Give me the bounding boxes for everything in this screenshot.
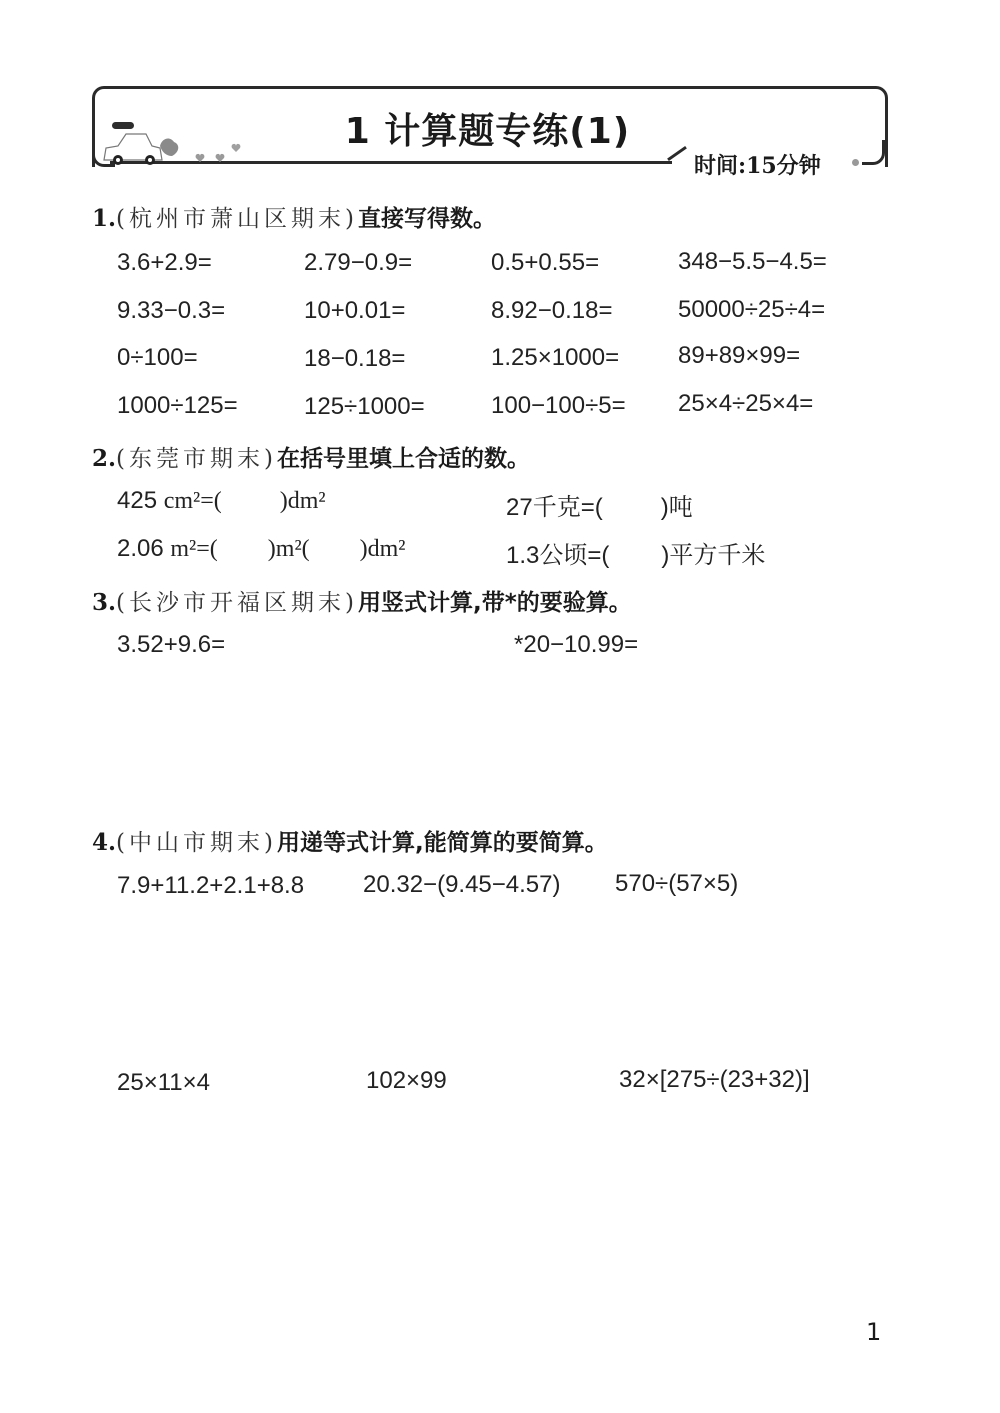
expression: 8.92−0.18= xyxy=(491,297,612,325)
unit: m²=( xyxy=(170,536,217,562)
page-number: 1 xyxy=(866,1318,881,1346)
fill-blank-item: 1.3公顷=()平方千米 xyxy=(506,535,765,570)
unit: )吨 xyxy=(661,494,693,521)
fill-blank-item: 27千克=()吨 xyxy=(506,487,693,522)
value: 1.3公顷=( xyxy=(506,542,609,569)
expression: 570÷(57×5) xyxy=(615,870,738,898)
dot-decoration xyxy=(852,159,859,166)
expression: 1.25×1000= xyxy=(491,344,619,372)
question-number: 3. xyxy=(92,589,116,616)
expression: 9.33−0.3= xyxy=(117,297,225,325)
expression: 25×4÷25×4= xyxy=(678,390,813,418)
expression: 1000÷125= xyxy=(117,392,238,420)
unit: cm²=( xyxy=(164,488,222,514)
expression: 2.79−0.9= xyxy=(304,249,412,277)
expression: 7.9+11.2+2.1+8.8 xyxy=(117,872,304,900)
unit: )dm² xyxy=(360,536,406,562)
expression: 0÷100= xyxy=(117,344,198,372)
expression: 0.5+0.55= xyxy=(491,249,599,277)
unit: )m²( xyxy=(268,536,310,562)
question-2-heading: 2.(东莞市期末)在括号里填上合适的数。 xyxy=(92,440,530,473)
expression: 10+0.01= xyxy=(304,297,405,325)
question-1-heading: 1.(杭州市萧山区期末)直接写得数。 xyxy=(92,200,496,233)
fill-blank-item: 2.06 m²=()m²()dm² xyxy=(117,535,406,563)
question-instruction: 在括号里填上合适的数。 xyxy=(277,446,530,472)
question-3-heading: 3.(长沙市开福区期末)用竖式计算,带*的要验算。 xyxy=(92,584,632,617)
expression: 89+89×99= xyxy=(678,342,800,370)
expression: 100−100÷5= xyxy=(491,392,626,420)
question-source: (杭州市萧山区期末) xyxy=(116,206,358,232)
page-title: 1 计算题专练(1) xyxy=(0,103,975,154)
value: 2.06 xyxy=(117,535,164,562)
question-source: (东莞市期末) xyxy=(116,446,277,472)
value: 27千克=( xyxy=(506,494,603,521)
unit: )平方千米 xyxy=(661,542,765,569)
value: 425 xyxy=(117,487,157,514)
expression: 3.52+9.6= xyxy=(117,631,225,659)
fill-blank-item: 425 cm²=()dm² xyxy=(117,487,326,515)
expression: 20.32−(9.45−4.57) xyxy=(363,871,561,899)
question-instruction: 用递等式计算,能简算的要简算。 xyxy=(277,830,608,856)
question-instruction: 直接写得数。 xyxy=(358,206,496,232)
question-number: 2. xyxy=(92,445,116,472)
expression: *20−10.99= xyxy=(514,631,638,659)
question-number: 4. xyxy=(92,829,116,856)
expression: 3.6+2.9= xyxy=(117,249,212,277)
question-4-heading: 4.(中山市期末)用递等式计算,能简算的要简算。 xyxy=(92,824,608,857)
question-number: 1. xyxy=(92,205,116,232)
expression: 18−0.18= xyxy=(304,345,405,373)
question-source: (长沙市开福区期末) xyxy=(116,590,358,616)
expression: 125÷1000= xyxy=(304,393,425,421)
time-limit-label: 时间:15分钟 xyxy=(694,149,821,180)
question-instruction: 用竖式计算,带*的要验算。 xyxy=(358,590,632,616)
expression: 32×[275÷(23+32)] xyxy=(619,1066,810,1094)
question-source: (中山市期末) xyxy=(116,830,277,856)
expression: 348−5.5−4.5= xyxy=(678,248,827,276)
expression: 25×11×4 xyxy=(117,1069,210,1097)
expression: 50000÷25÷4= xyxy=(678,296,825,324)
unit: )dm² xyxy=(280,488,326,514)
expression: 102×99 xyxy=(366,1067,447,1095)
